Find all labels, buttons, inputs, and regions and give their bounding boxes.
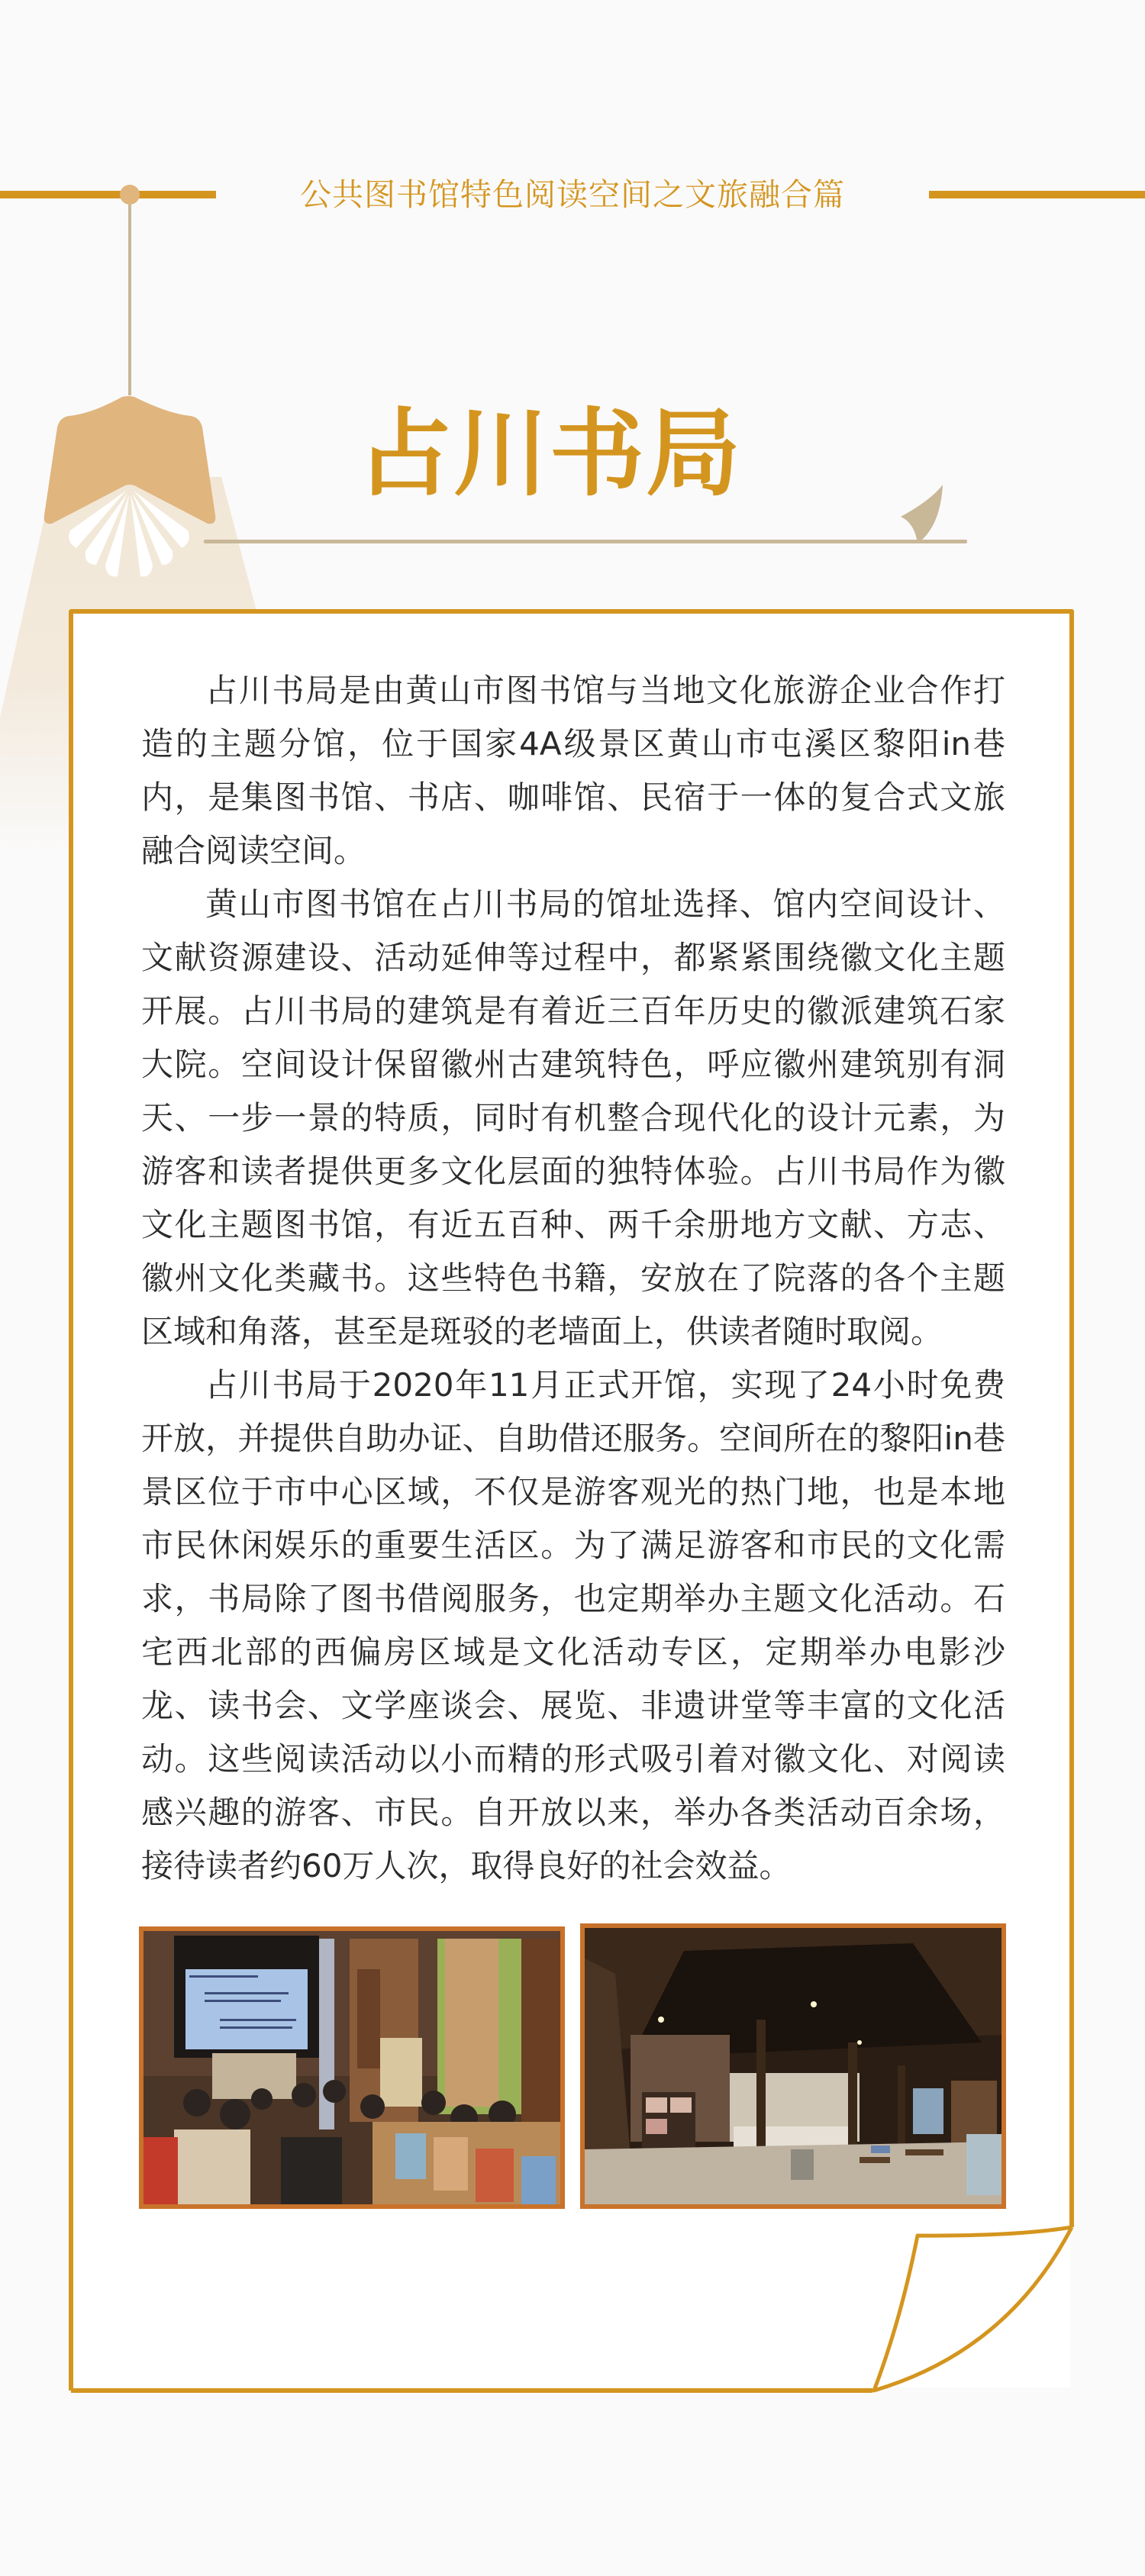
paragraph: 占川书局是由黄山市图书馆与当地文化旅游企业合作打造的主题分馆，位于国家4A级景区… [141,664,1005,878]
lecture-event-photo [139,1926,565,2209]
interior-hall-photo [580,1923,1006,2209]
article-body: 占川书局是由黄山市图书馆与当地文化旅游企业合作打造的主题分馆，位于国家4A级景区… [141,664,1005,1893]
paragraph: 占川书局于2020年11月正式开馆，实现了24小时免费开放，并提供自助办证、自助… [141,1359,1005,1893]
paragraph: 黄山市图书馆在占川书局的馆址选择、馆内空间设计、文献资源建设、活动延伸等过程中，… [141,878,1005,1359]
